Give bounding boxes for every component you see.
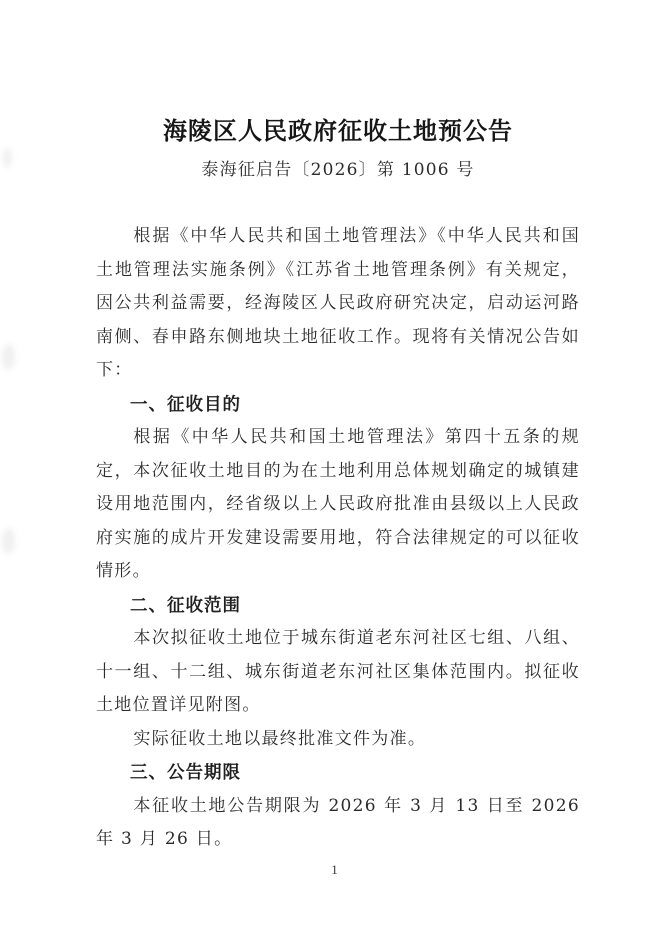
section-3-heading: 三、公告期限 [96,756,580,790]
scanned-document-page: 海陵区人民政府征收土地预公告 泰海征启告〔2026〕第 1006 号 根据《中华… [0,0,669,945]
section-2-paragraph-2: 实际征收土地以最终批准文件为准。 [96,723,580,757]
section-1-paragraph-1: 根据《中华人民共和国土地管理法》第四十五条的规定，本次征收土地目的为在土地利用总… [96,421,580,589]
intro-paragraph: 根据《中华人民共和国土地管理法》《中华人民共和国土地管理法实施条例》《江苏省土地… [96,220,580,388]
document-body: 根据《中华人民共和国土地管理法》《中华人民共和国土地管理法实施条例》《江苏省土地… [96,220,580,857]
section-2-heading: 二、征收范围 [96,589,580,623]
page-number: 1 [0,862,669,878]
document-title: 海陵区人民政府征收土地预公告 [96,114,580,148]
section-1-heading: 一、征收目的 [96,388,580,422]
document-content: 海陵区人民政府征收土地预公告 泰海征启告〔2026〕第 1006 号 根据《中华… [96,0,580,857]
scan-smudge [3,148,12,168]
section-2-paragraph-1: 本次拟征收土地位于城东街道老东河社区七组、八组、十一组、十二组、城东街道老东河社… [96,622,580,723]
document-number: 泰海征启告〔2026〕第 1006 号 [96,158,580,182]
scan-smudge [2,344,15,370]
scan-smudge [2,528,15,554]
section-3-paragraph-1: 本征收土地公告期限为 2026 年 3 月 13 日至 2026 年 3 月 2… [96,790,580,857]
